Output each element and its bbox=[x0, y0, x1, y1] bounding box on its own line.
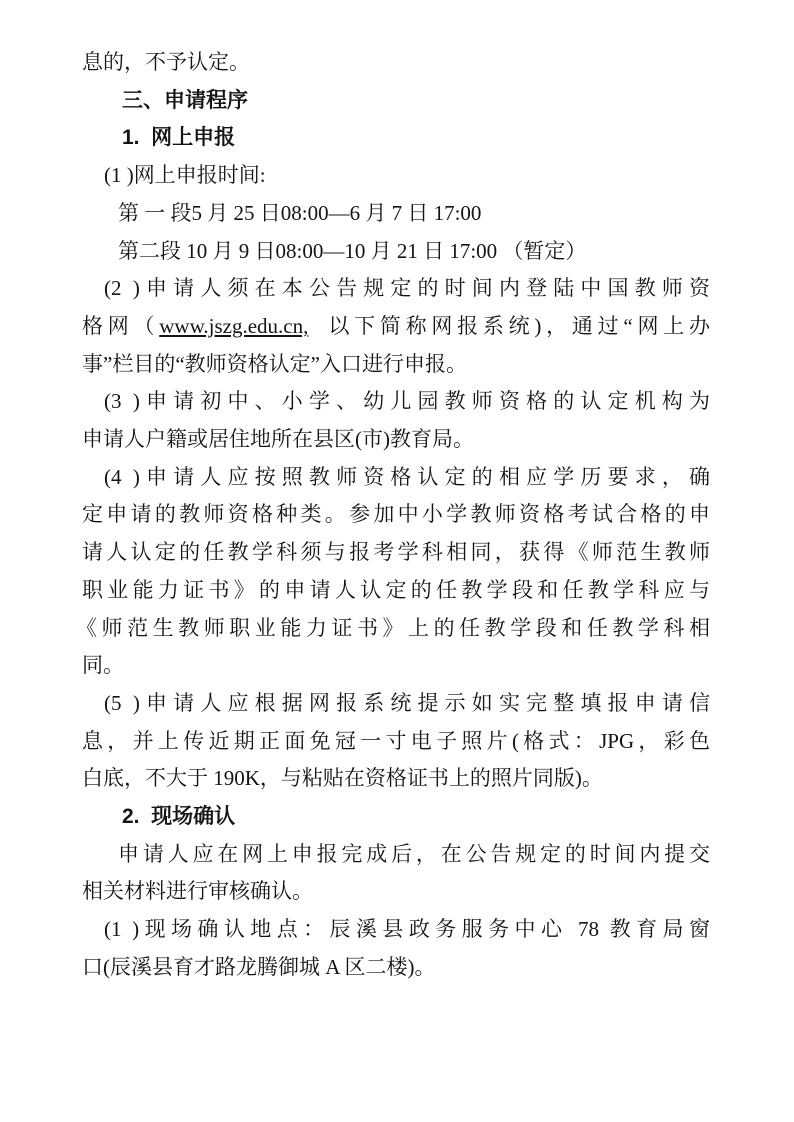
text-after-link: 以下简称网报系统)，通过“网上办 bbox=[308, 314, 710, 338]
item-login-requirement-line1: (2 )申请人须在本公告规定的时间内登陆中国教师资 bbox=[82, 270, 710, 308]
item-qualification-type-line4: 职业能力证书》的申请人认定的任教学段和任教学科应与 bbox=[82, 572, 710, 610]
item-photo-upload-line1: (5 )申请人应根据网报系统提示如实完整填报申请信 bbox=[82, 685, 710, 723]
section-heading-application-procedure: 三、申请程序 bbox=[82, 82, 710, 120]
subsection-heading-online-application: 1. 网上申报 bbox=[82, 119, 710, 157]
item-qualification-type-line2: 定申请的教师资格种类。参加中小学教师资格考试合格的申 bbox=[82, 496, 710, 534]
subsection-heading-onsite-confirmation: 2. 现场确认 bbox=[82, 798, 710, 836]
date-range-first-phase: 第 一 段5 月 25 日08:00—6 月 7 日 17:00 bbox=[82, 195, 710, 233]
item-qualification-type-line5: 《师范生教师职业能力证书》上的任教学段和任教学科相 bbox=[76, 610, 710, 648]
text-before-link: 格网（ bbox=[82, 314, 159, 338]
date-range-second-phase: 第二段 10 月 9 日08:00—10 月 21 日 17:00 （暂定） bbox=[82, 233, 710, 271]
item-confirmation-location-line2: 口(辰溪县育才路龙腾御城 A 区二楼)。 bbox=[82, 949, 710, 987]
body-line: 息的，不予认定。 bbox=[82, 44, 710, 82]
item-login-requirement-line2: 格网（www.jszg.edu.cn, 以下简称网报系统)，通过“网上办 bbox=[82, 308, 710, 346]
item-login-requirement-line3: 事”栏目的“教师资格认定”入口进行申报。 bbox=[82, 346, 710, 384]
jszg-url-link[interactable]: www.jszg.edu.cn, bbox=[159, 314, 308, 338]
onsite-confirmation-intro-line1: 申请人应在网上申报完成后，在公告规定的时间内提交 bbox=[82, 836, 710, 874]
item-qualification-type-line3: 请人认定的任教学科须与报考学科相同，获得《师范生教师 bbox=[82, 534, 710, 572]
item-confirmation-location-line1: (1 )现场确认地点：辰溪县政务服务中心 78 教育局窗 bbox=[82, 911, 710, 949]
item-photo-upload-line3: 白底，不大于 190K，与粘贴在资格证书上的照片同版)。 bbox=[82, 760, 710, 798]
item-online-application-time: (1 )网上申报时间: bbox=[82, 157, 710, 195]
item-photo-upload-line2: 息，并上传近期正面免冠一寸电子照片(格式：JPG，彩色 bbox=[82, 723, 710, 761]
onsite-confirmation-intro-line2: 相关材料进行审核确认。 bbox=[82, 873, 710, 911]
document-page: 息的，不予认定。 三、申请程序 1. 网上申报 (1 )网上申报时间: 第 一 … bbox=[0, 0, 794, 1122]
item-certifying-authority-line2: 申请人户籍或居住地所在县区(市)教育局。 bbox=[82, 421, 710, 459]
item-qualification-type-line1: (4 )申请人应按照教师资格认定的相应学历要求，确 bbox=[82, 459, 710, 497]
item-certifying-authority-line1: (3 )申请初中、小学、幼儿园教师资格的认定机构为 bbox=[82, 383, 710, 421]
item-qualification-type-line6: 同。 bbox=[82, 647, 710, 685]
